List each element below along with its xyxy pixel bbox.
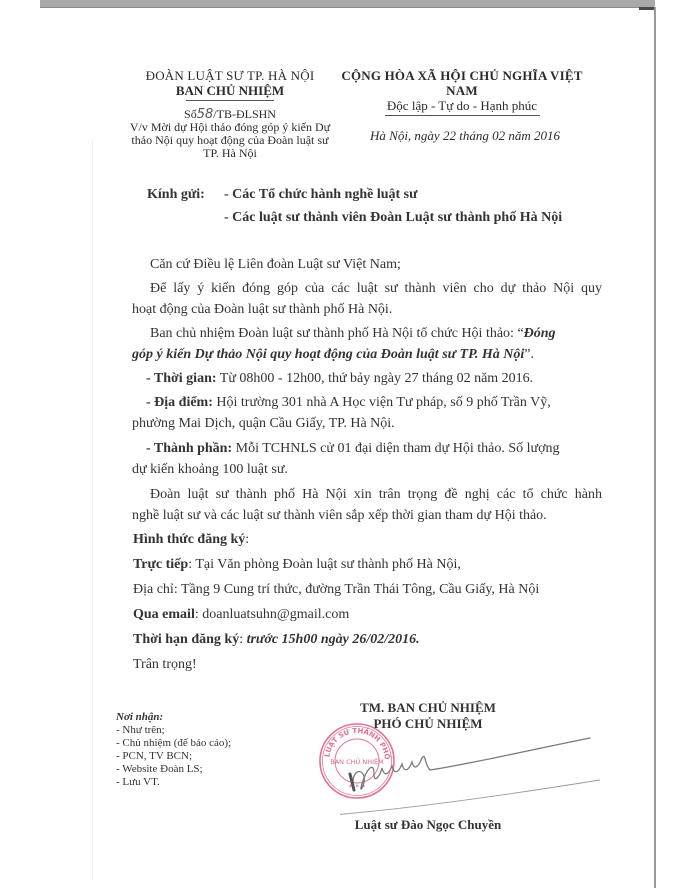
direct-value: : Tại Văn phòng Đoàn luật sư thành phố H… <box>188 557 461 572</box>
registration-heading-text: Hình thức đăng ký <box>133 532 245 547</box>
participants-label: - Thành phần: <box>146 441 232 456</box>
event-venue-line1: - Địa điểm: Hội trường 301 nhà A Học việ… <box>146 395 551 411</box>
deadline-colon: : <box>239 632 246 647</box>
venue-value: Hội trường 301 nhà A Học viện Tư pháp, s… <box>213 395 551 410</box>
registration-email: Qua email: doanluatsuhn@gmail.com <box>133 607 349 623</box>
time-label: - Thời gian: <box>146 371 217 386</box>
email-value: : doanluatsuhn@gmail.com <box>195 607 349 622</box>
announce-prefix: Ban chủ nhiệm Đoàn luật sư thành phố Hà … <box>150 326 524 341</box>
paragraph-request-line1: Đoàn luật sư thành phố Hà Nội xin trân t… <box>150 487 602 503</box>
scan-corner-mark <box>639 7 655 10</box>
closing-greeting: Trân trọng! <box>133 657 197 673</box>
venue-label: - Địa điểm: <box>146 395 213 410</box>
paragraph-announce-line1: Ban chủ nhiệm Đoàn luật sư thành phố Hà … <box>150 326 602 342</box>
recipient-item: - Website Đoàn LS; <box>116 763 231 776</box>
paragraph-announce-line2: góp ý kiến Dự thảo Nội quy hoạt động của… <box>132 347 534 363</box>
time-value: Từ 08h00 - 12h00, thứ bảy ngày 27 tháng … <box>217 371 534 386</box>
recipient-item: - Chủ nhiệm (để báo cáo); <box>116 737 231 750</box>
direct-label: Trực tiếp <box>133 557 188 572</box>
email-label: Qua email <box>133 607 195 622</box>
scan-left-shadow <box>92 140 93 880</box>
recipient-item: - Như trên; <box>116 724 231 737</box>
recipient-item: - Lưu VT. <box>116 776 231 789</box>
signer-name: Luật sư Đào Ngọc Chuyền <box>318 817 538 833</box>
deadline-value: trước 15h00 ngày 26/02/2016. <box>247 632 420 647</box>
event-participants-line2: dự kiến khoảng 100 luật sư. <box>132 462 288 478</box>
participants-value: Mỗi TCHNLS cử 01 đại diện tham dự Hội th… <box>232 441 559 456</box>
paragraph-request-line2: nghề luật sư và các luật sư thành viên s… <box>132 508 547 524</box>
deadline-label: Thời hạn đăng ký <box>133 632 239 647</box>
paragraph-basis: Căn cứ Điều lệ Liên đoàn Luật sư Việt Na… <box>150 257 401 273</box>
scan-right-edge <box>654 7 656 888</box>
event-venue-line2: phường Mai Dịch, quận Cầu Giấy, TP. Hà N… <box>132 416 395 432</box>
paragraph-purpose-line2: hoạt động của Đoàn luật sư thành phố Hà … <box>132 302 392 318</box>
registration-address: Địa chỉ: Tầng 9 Cung trí thức, đường Trầ… <box>133 582 539 598</box>
registration-heading-colon: : <box>245 532 249 547</box>
signature-line-1: TM. BAN CHỦ NHIỆM <box>318 700 538 716</box>
announce-title-start: Đóng <box>524 326 556 341</box>
handwritten-signature-icon <box>340 730 600 820</box>
registration-deadline: Thời hạn đăng ký: trước 15h00 ngày 26/02… <box>133 632 420 648</box>
event-time: - Thời gian: Từ 08h00 - 12h00, thứ bảy n… <box>146 371 533 387</box>
registration-heading: Hình thức đăng ký: <box>133 532 249 548</box>
registration-direct: Trực tiếp: Tại Văn phòng Đoàn luật sư th… <box>133 557 461 573</box>
announce-title: góp ý kiến Dự thảo Nội quy hoạt động của… <box>132 347 524 362</box>
announce-suffix: ”. <box>524 347 534 362</box>
recipients-block: Nơi nhận: - Như trên; - Chủ nhiệm (để bá… <box>116 711 231 789</box>
paragraph-purpose-line1: Để lấy ý kiến đóng góp của các luật sư t… <box>150 281 602 297</box>
recipient-item: - PCN, TV BCN; <box>116 750 231 763</box>
event-participants-line1: - Thành phần: Mỗi TCHNLS cử 01 đại diện … <box>146 441 560 457</box>
recipients-title: Nơi nhận: <box>116 711 231 724</box>
